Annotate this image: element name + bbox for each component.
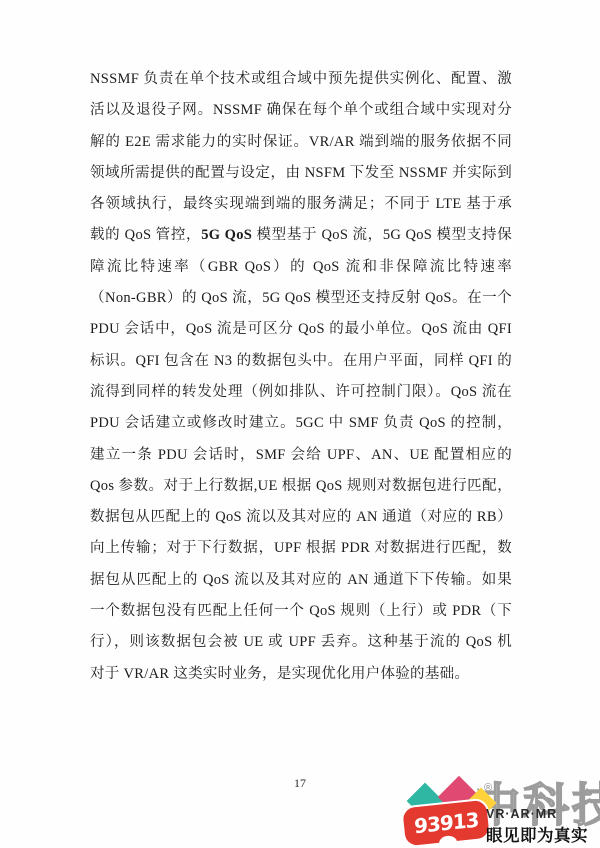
- text-line: 活以及退役子网。NSSMF 确保在每个单个或组合域中实现对分: [90, 95, 512, 126]
- text-segment: PDU 会话中，QoS 流是可区分 QoS 的最小单位。QoS 流由 QFI: [90, 321, 512, 337]
- text-segment: 建立一条 PDU 会话时，SMF 会给 UPF、AN、UE 配置相应的: [90, 447, 512, 463]
- text-line: 行），则该数据包会被 UE 或 UPF 丢弃。这种基于流的 QoS 机制，: [90, 627, 512, 658]
- headset-nose-notch: [438, 835, 457, 848]
- text-line: PDU 会话中，QoS 流是可区分 QoS 的最小单位。QoS 流由 QFI: [90, 314, 512, 345]
- text-segment: 流得到同样的转发处理（例如排队、许可控制门限）。QoS 流在: [90, 384, 512, 400]
- text-segment: PDU 会话建立或修改时建立。5GC 中 SMF 负责 QoS 的控制，: [90, 415, 512, 431]
- text-line: 标识。QFI 包含在 N3 的数据包头中。在用户平面，同样 QFI 的: [90, 346, 512, 377]
- brand-digits: 93913: [413, 808, 478, 839]
- text-segment: 数据包从匹配上的 QoS 流以及其对应的 AN 通道（对应的 RB）: [90, 509, 512, 525]
- text-line: 向上传输；对于下行数据，UPF 根据 PDR 对数据进行匹配，数: [90, 533, 512, 564]
- text-line: 流得到同样的转发处理（例如排队、许可控制门限）。QoS 流在: [90, 377, 512, 408]
- text-segment: 各领域执行，最终实现端到端的服务满足；不同于 LTE 基于承: [90, 196, 512, 212]
- text-segment: 领域所需提供的配置与设定，由 NSFM 下发至 NSSMF 并实际到: [90, 165, 512, 181]
- text-line: Qos 参数。对于上行数据,UE 根据 QoS 规则对数据包进行匹配，: [90, 471, 512, 502]
- text-segment: 模型基于 QoS 流，5G QoS 模型支持保: [252, 227, 512, 243]
- text-line: 建立一条 PDU 会话时，SMF 会给 UPF、AN、UE 配置相应的: [90, 440, 512, 471]
- text-segment: 向上传输；对于下行数据，UPF 根据 PDR 对数据进行匹配，数: [90, 540, 512, 556]
- document-page: NSSMF 负责在单个技术或组合域中预先提供实例化、配置、激活以及退役子网。NS…: [0, 0, 600, 848]
- text-segment: 一个数据包没有匹配上任何一个 QoS 规则（上行）或 PDR（下: [90, 603, 512, 619]
- text-segment: 行），则该数据包会被 UE 或 UPF 丢弃。这种基于流的 QoS 机制，: [90, 634, 512, 658]
- logo-slogan: 眼见即为真实: [486, 822, 588, 846]
- text-line: 据包从匹配上的 QoS 流以及其对应的 AN 通道下下传输。如果: [90, 565, 512, 596]
- text-segment: （Non-GBR）的 QoS 流，5G QoS 模型还支持反射 QoS。在一个: [90, 290, 512, 306]
- text-segment: 标识。QFI 包含在 N3 的数据包头中。在用户平面，同样 QFI 的: [90, 353, 512, 369]
- paragraph-text-block: NSSMF 负责在单个技术或组合域中预先提供实例化、配置、激活以及退役子网。NS…: [90, 64, 512, 690]
- registered-trademark-icon: ®: [484, 782, 492, 794]
- text-segment: 对于 VR/AR 这类实时业务，是实现优化用户体验的基础。: [90, 666, 469, 682]
- text-segment: 活以及退役子网。NSSMF 确保在每个单个或组合域中实现对分: [90, 102, 512, 118]
- vr-headset-logo-icon: 93913: [400, 798, 492, 848]
- text-line: PDU 会话建立或修改时建立。5GC 中 SMF 负责 QoS 的控制，: [90, 408, 512, 439]
- logo-taglines: VR·AR·MR 眼见即为真实: [486, 807, 588, 846]
- text-segment: NSSMF 负责在单个技术或组合域中预先提供实例化、配置、激: [90, 71, 512, 87]
- text-line: （Non-GBR）的 QoS 流，5G QoS 模型还支持反射 QoS。在一个: [90, 283, 512, 314]
- logo-tagline-vr-ar-mr: VR·AR·MR: [486, 807, 588, 821]
- text-segment: 解的 E2E 需求能力的实时保证。VR/AR 端到端的服务依据不同: [90, 134, 512, 150]
- text-line: 数据包从匹配上的 QoS 流以及其对应的 AN 通道（对应的 RB）: [90, 502, 512, 533]
- text-line: 障流比特速率（GBR QoS）的 QoS 流和非保障流比特速率: [90, 252, 512, 283]
- text-line: 载的 QoS 管控，5G QoS 模型基于 QoS 流，5G QoS 模型支持保: [90, 220, 512, 251]
- text-line: 各领域执行，最终实现端到端的服务满足；不同于 LTE 基于承: [90, 189, 512, 220]
- bold-text-segment: 5G QoS: [201, 227, 252, 243]
- text-segment: 障流比特速率（GBR QoS）的 QoS 流和非保障流比特速率: [90, 259, 512, 275]
- text-line: 一个数据包没有匹配上任何一个 QoS 规则（上行）或 PDR（下: [90, 596, 512, 627]
- text-line: 对于 VR/AR 这类实时业务，是实现优化用户体验的基础。: [90, 659, 512, 690]
- text-line: 解的 E2E 需求能力的实时保证。VR/AR 端到端的服务依据不同: [90, 127, 512, 158]
- text-segment: 载的 QoS 管控，: [90, 227, 201, 243]
- brand-logo: 中科技 93913 ® VR·AR·MR 眼见即为真实: [400, 780, 600, 848]
- text-line: 领域所需提供的配置与设定，由 NSFM 下发至 NSSMF 并实际到: [90, 158, 512, 189]
- text-segment: 据包从匹配上的 QoS 流以及其对应的 AN 通道下下传输。如果: [90, 572, 512, 588]
- text-segment: Qos 参数。对于上行数据,UE 根据 QoS 规则对数据包进行匹配，: [90, 478, 512, 494]
- text-line: NSSMF 负责在单个技术或组合域中预先提供实例化、配置、激: [90, 64, 512, 95]
